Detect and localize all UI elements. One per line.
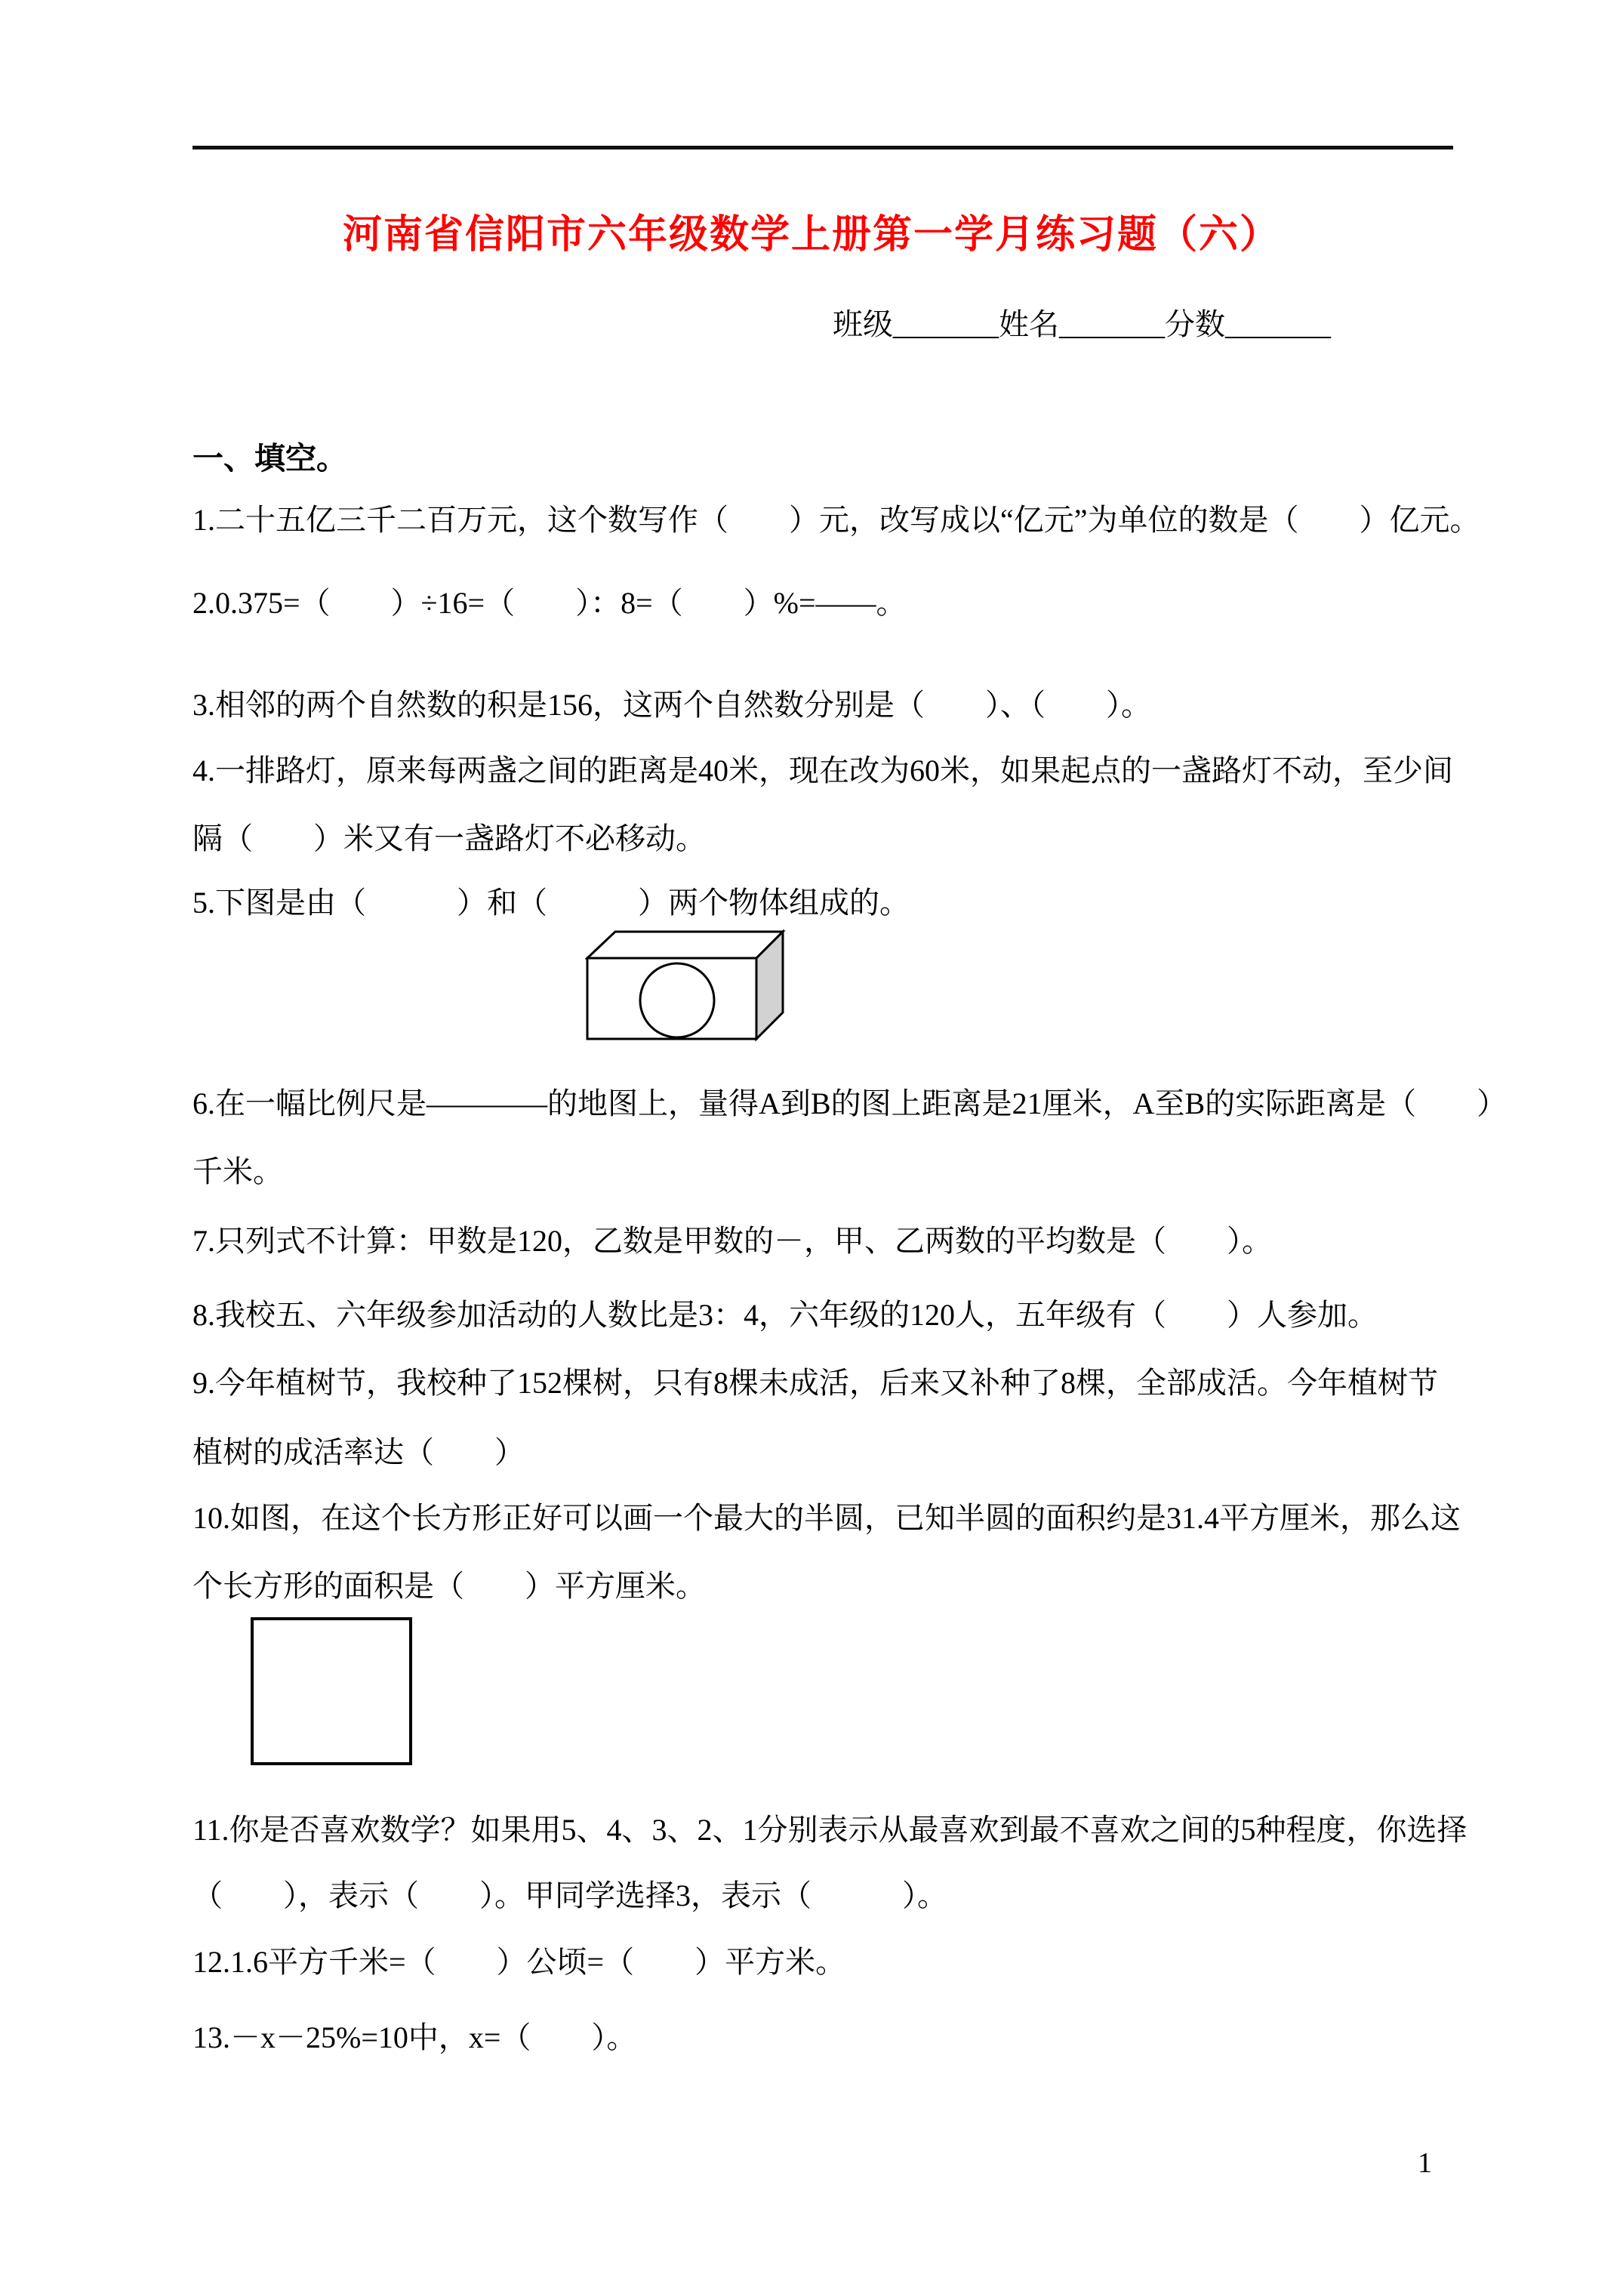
question-5: 5.下图是由（ ）和（ ）两个物体组成的。: [192, 883, 1468, 923]
cuboid-with-circle-figure: [585, 929, 789, 1042]
student-info-line: 班级_______姓名_______分数_______: [833, 300, 1331, 344]
question-9-line-1: 9.今年植树节，我校种了152棵树，只有8棵未成活，后来又补种了8棵，全部成活。…: [192, 1363, 1468, 1404]
question-4-line-2: 隔（ ）米又有一盏路灯不必移动。: [192, 818, 1468, 859]
cuboid-top-face: [587, 932, 783, 958]
question-6-line-2: 千米。: [192, 1151, 1468, 1192]
header-rule: [192, 146, 1453, 149]
question-12: 12.1.6平方千米=（ ）公顷=（ ）平方米。: [192, 1942, 1468, 1983]
question-7: 7.只列式不计算：甲数是120，乙数是甲数的－，甲、乙两数的平均数是（ ）。: [192, 1221, 1468, 1262]
cuboid-front-face: [587, 958, 756, 1039]
rectangle-figure: [251, 1617, 412, 1765]
question-9-line-2: 植树的成活率达（ ）: [192, 1432, 1468, 1473]
question-11-line-2: （ ），表示（ ）。甲同学选择3，表示（ ）。: [192, 1875, 1468, 1916]
page-number: 1: [1418, 2147, 1432, 2180]
question-11-line-1: 11.你是否喜欢数学？如果用5、4、3、2、1分别表示从最喜欢到最不喜欢之间的5…: [192, 1810, 1468, 1851]
question-3: 3.相邻的两个自然数的积是156，这两个自然数分别是（ ）、（ ）。: [192, 685, 1468, 726]
worksheet-page: 河南省信阳市六年级数学上册第一学月练习题（六） 班级_______姓名_____…: [0, 0, 1623, 2296]
question-13: 13.－x－25%=10中，x=（ ）。: [192, 2017, 1468, 2058]
question-4-line-1: 4.一排路灯，原来每两盏之间的距离是40米，现在改为60米，如果起点的一盏路灯不…: [192, 750, 1468, 791]
section-heading-fill-in: 一、填空。: [192, 433, 347, 478]
question-10-line-2: 个长方形的面积是（ ）平方厘米。: [192, 1566, 1468, 1607]
page-title: 河南省信阳市六年级数学上册第一学月练习题（六）: [0, 202, 1623, 259]
question-8: 8.我校五、六年级参加活动的人数比是3：4，六年级的120人，五年级有（ ）人参…: [192, 1295, 1468, 1336]
question-1: 1.二十五亿三千二百万元，这个数写作（ ）元，改写成以“亿元”为单位的数是（ ）…: [192, 500, 1468, 541]
question-6-line-1: 6.在一幅比例尺是————的地图上，量得A到B的图上距离是21厘米，A至B的实际…: [192, 1083, 1468, 1124]
question-10-line-1: 10.如图，在这个长方形正好可以画一个最大的半圆，已知半圆的面积约是31.4平方…: [192, 1498, 1468, 1539]
question-2: 2.0.375=（ ）÷16=（ ）：8=（ ）%=——。: [192, 583, 1468, 624]
